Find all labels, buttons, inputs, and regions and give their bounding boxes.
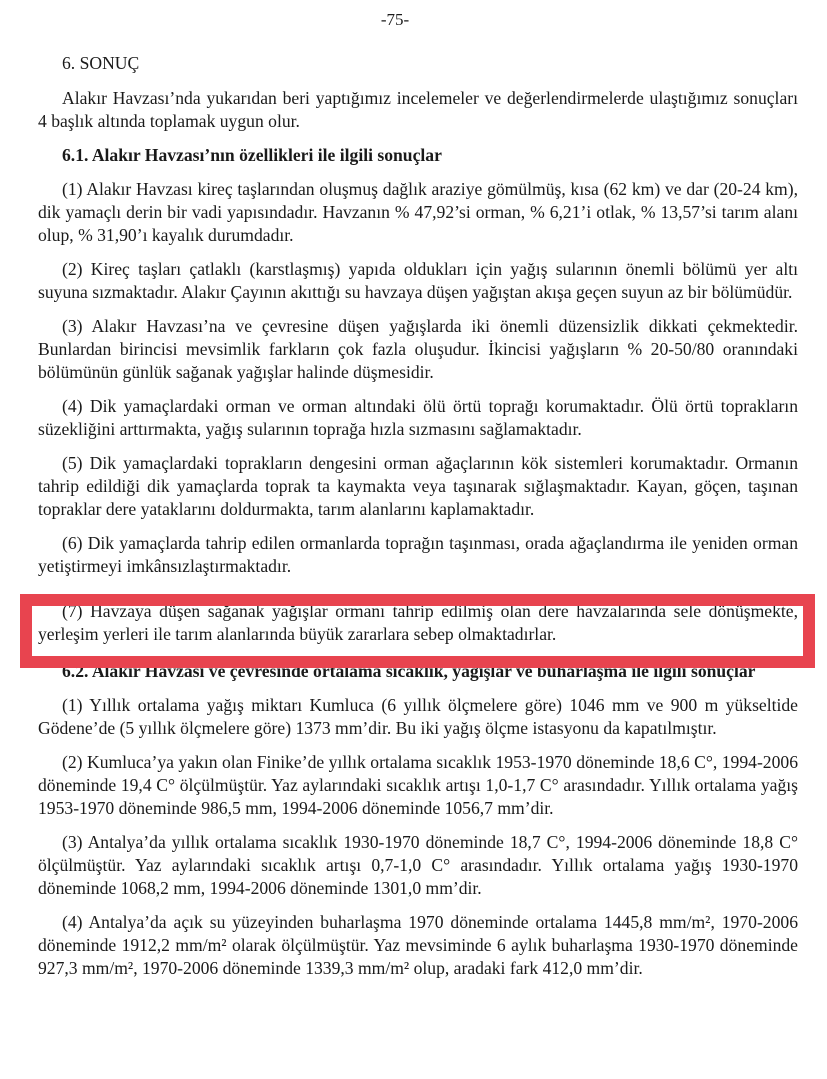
subsection-1-item-7-highlighted: (7) Havzaya düşen sağanak yağışlar orman… xyxy=(38,600,798,646)
section-title: 6. SONUÇ xyxy=(38,52,798,75)
subsection-2-item-1: (1) Yıllık ortalama yağış miktarı Kumluc… xyxy=(38,694,798,740)
document-page: -75- 6. SONUÇ Alakır Havzası’nda yukarıd… xyxy=(0,0,827,1079)
subsection-1-item-6: (6) Dik yamaçlarda tahrip edilen ormanla… xyxy=(38,532,798,578)
subsection-2-item-4: (4) Antalya’da açık su yüzeyinden buharl… xyxy=(38,911,798,980)
page-number: -75- xyxy=(0,10,790,30)
section-intro: Alakır Havzası’nda yukarıdan beri yaptığ… xyxy=(38,87,798,133)
subsection-1-heading: 6.1. Alakır Havzası’nın özellikleri ile … xyxy=(38,144,798,167)
subsection-2-item-3: (3) Antalya’da yıllık ortalama sıcaklık … xyxy=(38,831,798,900)
subsection-2-item-2: (2) Kumluca’ya yakın olan Finike’de yıll… xyxy=(38,751,798,820)
subsection-1-item-1: (1) Alakır Havzası kireç taşlarından olu… xyxy=(38,178,798,247)
subsection-1-item-3: (3) Alakır Havzası’na ve çevresine düşen… xyxy=(38,315,798,384)
subsection-1-item-4: (4) Dik yamaçlardaki orman ve orman altı… xyxy=(38,395,798,441)
subsection-1-item-5: (5) Dik yamaçlardaki toprakların dengesi… xyxy=(38,452,798,521)
document-content: 6. SONUÇ Alakır Havzası’nda yukarıdan be… xyxy=(38,52,798,991)
subsection-1-item-2: (2) Kireç taşları çatlaklı (karstlaşmış)… xyxy=(38,258,798,304)
subsection-2-heading: 6.2. Alakır Havzası ve çevresinde ortala… xyxy=(38,660,798,683)
